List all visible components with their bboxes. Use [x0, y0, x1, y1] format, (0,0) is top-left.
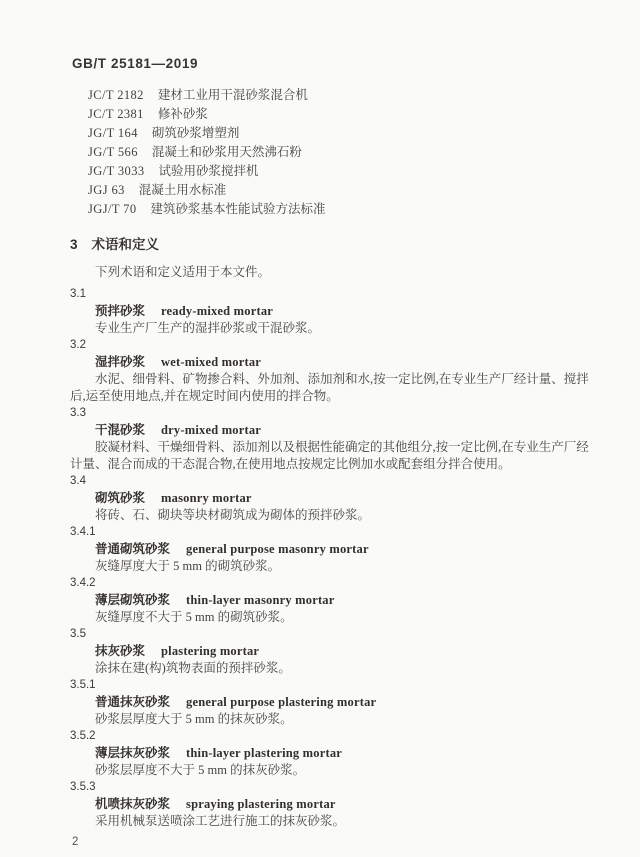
term-name-en: masonry mortar — [161, 491, 252, 505]
term-number: 3.4.1 — [70, 524, 594, 541]
term-entry-3-5-2: 3.5.2 薄层抹灰砂浆thin-layer plastering mortar… — [70, 728, 594, 779]
term-name-en: thin-layer masonry mortar — [186, 593, 335, 607]
term-name-en: thin-layer plastering mortar — [186, 746, 342, 760]
section-intro: 下列术语和定义适用于本文件。 — [70, 264, 594, 281]
term-name-en: general purpose masonry mortar — [186, 542, 369, 556]
term-heading: 抹灰砂浆plastering mortar — [95, 643, 594, 660]
term-heading: 砌筑砂浆masonry mortar — [95, 490, 594, 507]
reference-item: JC/T 2381修补砂浆 — [88, 105, 594, 124]
reference-code: JG/T 3033 — [88, 164, 145, 178]
normative-references-list: JC/T 2182建材工业用干混砂浆混合机 JC/T 2381修补砂浆 JG/T… — [88, 86, 594, 219]
term-name-zh: 砌筑砂浆 — [95, 491, 145, 505]
term-name-zh: 普通抹灰砂浆 — [95, 695, 170, 709]
term-name-zh: 薄层砌筑砂浆 — [95, 593, 170, 607]
reference-code: JC/T 2381 — [88, 107, 144, 121]
section-heading: 3术语和定义 — [70, 233, 594, 253]
term-number: 3.2 — [70, 337, 594, 354]
term-number: 3.3 — [70, 405, 594, 422]
term-heading: 薄层砌筑砂浆thin-layer masonry mortar — [95, 592, 594, 609]
term-name-zh: 薄层抹灰砂浆 — [95, 746, 170, 760]
term-heading: 预拌砂浆ready-mixed mortar — [95, 303, 594, 320]
reference-code: JC/T 2182 — [88, 88, 144, 102]
term-entry-3-4: 3.4 砌筑砂浆masonry mortar 将砖、石、砌块等块材砌筑成为砌体的… — [70, 473, 594, 524]
term-entry-3-2: 3.2 湿拌砂浆wet-mixed mortar 水泥、细骨料、矿物掺合料、外加… — [70, 337, 594, 405]
term-entry-3-5: 3.5 抹灰砂浆plastering mortar 涂抹在建(构)筑物表面的预拌… — [70, 626, 594, 677]
term-name-zh: 抹灰砂浆 — [95, 644, 145, 658]
term-entry-3-1: 3.1 预拌砂浆ready-mixed mortar 专业生产厂生产的湿拌砂浆或… — [70, 286, 594, 337]
reference-item: JG/T 3033试验用砂浆搅拌机 — [88, 162, 594, 181]
reference-title: 砌筑砂浆增塑剂 — [152, 126, 240, 140]
reference-code: JG/T 164 — [88, 126, 138, 140]
reference-item: JG/T 164砌筑砂浆增塑剂 — [88, 124, 594, 143]
term-definition: 砂浆层厚度大于 5 mm 的抹灰砂浆。 — [70, 711, 594, 728]
reference-item: JG/T 566混凝土和砂浆用天然沸石粉 — [88, 143, 594, 162]
reference-title: 混凝土和砂浆用天然沸石粉 — [152, 145, 302, 159]
term-number: 3.4.2 — [70, 575, 594, 592]
term-name-zh: 机喷抹灰砂浆 — [95, 797, 170, 811]
term-entry-3-4-1: 3.4.1 普通砌筑砂浆general purpose masonry mort… — [70, 524, 594, 575]
term-heading: 普通砌筑砂浆general purpose masonry mortar — [95, 541, 594, 558]
term-heading: 干混砂浆dry-mixed mortar — [95, 422, 594, 439]
reference-item: JGJ/T 70建筑砂浆基本性能试验方法标准 — [88, 200, 594, 219]
term-entry-3-5-3: 3.5.3 机喷抹灰砂浆spraying plastering mortar 采… — [70, 779, 594, 830]
term-entry-3-4-2: 3.4.2 薄层砌筑砂浆thin-layer masonry mortar 灰缝… — [70, 575, 594, 626]
reference-item: JC/T 2182建材工业用干混砂浆混合机 — [88, 86, 594, 105]
term-entry-3-3: 3.3 干混砂浆dry-mixed mortar 胶凝材料、干燥细骨料、添加剂以… — [70, 405, 594, 473]
reference-item: JGJ 63混凝土用水标准 — [88, 181, 594, 200]
reference-code: JG/T 566 — [88, 145, 138, 159]
term-name-en: ready-mixed mortar — [161, 304, 273, 318]
term-definition: 采用机械泵送喷涂工艺进行施工的抹灰砂浆。 — [70, 813, 594, 830]
term-definition: 水泥、细骨料、矿物掺合料、外加剂、添加剂和水,按一定比例,在专业生产厂经计量、搅… — [70, 371, 594, 405]
term-name-en: spraying plastering mortar — [186, 797, 336, 811]
term-name-zh: 预拌砂浆 — [95, 304, 145, 318]
section-title: 术语和定义 — [92, 237, 160, 252]
term-name-zh: 普通砌筑砂浆 — [95, 542, 170, 556]
reference-title: 修补砂浆 — [158, 107, 208, 121]
reference-code: JGJ 63 — [88, 183, 125, 197]
term-heading: 机喷抹灰砂浆spraying plastering mortar — [95, 796, 594, 813]
term-number: 3.1 — [70, 286, 594, 303]
term-definition: 专业生产厂生产的湿拌砂浆或干混砂浆。 — [70, 320, 594, 337]
term-definition: 砂浆层厚度不大于 5 mm 的抹灰砂浆。 — [70, 762, 594, 779]
term-heading: 湿拌砂浆wet-mixed mortar — [95, 354, 594, 371]
term-name-en: dry-mixed mortar — [161, 423, 261, 437]
terms-list: 3.1 预拌砂浆ready-mixed mortar 专业生产厂生产的湿拌砂浆或… — [70, 286, 594, 830]
term-heading: 普通抹灰砂浆general purpose plastering mortar — [95, 694, 594, 711]
standard-code-header: GB/T 25181—2019 — [72, 56, 594, 71]
reference-title: 混凝土用水标准 — [139, 183, 227, 197]
reference-title: 试验用砂浆搅拌机 — [159, 164, 259, 178]
term-number: 3.5 — [70, 626, 594, 643]
term-name-zh: 湿拌砂浆 — [95, 355, 145, 369]
reference-code: JGJ/T 70 — [88, 202, 136, 216]
term-definition: 涂抹在建(构)筑物表面的预拌砂浆。 — [70, 660, 594, 677]
term-number: 3.5.3 — [70, 779, 594, 796]
reference-title: 建筑砂浆基本性能试验方法标准 — [150, 202, 325, 216]
term-name-en: general purpose plastering mortar — [186, 695, 376, 709]
term-number: 3.5.2 — [70, 728, 594, 745]
term-name-zh: 干混砂浆 — [95, 423, 145, 437]
term-definition: 胶凝材料、干燥细骨料、添加剂以及根据性能确定的其他组分,按一定比例,在专业生产厂… — [70, 439, 594, 473]
term-number: 3.4 — [70, 473, 594, 490]
page-number: 2 — [72, 836, 594, 848]
term-name-en: wet-mixed mortar — [161, 355, 261, 369]
term-heading: 薄层抹灰砂浆thin-layer plastering mortar — [95, 745, 594, 762]
term-number: 3.5.1 — [70, 677, 594, 694]
term-entry-3-5-1: 3.5.1 普通抹灰砂浆general purpose plastering m… — [70, 677, 594, 728]
term-definition: 将砖、石、砌块等块材砌筑成为砌体的预拌砂浆。 — [70, 507, 594, 524]
term-definition: 灰缝厚度不大于 5 mm 的砌筑砂浆。 — [70, 609, 594, 626]
document-page: GB/T 25181—2019 JC/T 2182建材工业用干混砂浆混合机 JC… — [0, 0, 640, 857]
section-number: 3 — [70, 237, 78, 252]
term-name-en: plastering mortar — [161, 644, 259, 658]
term-definition: 灰缝厚度大于 5 mm 的砌筑砂浆。 — [70, 558, 594, 575]
reference-title: 建材工业用干混砂浆混合机 — [158, 88, 308, 102]
